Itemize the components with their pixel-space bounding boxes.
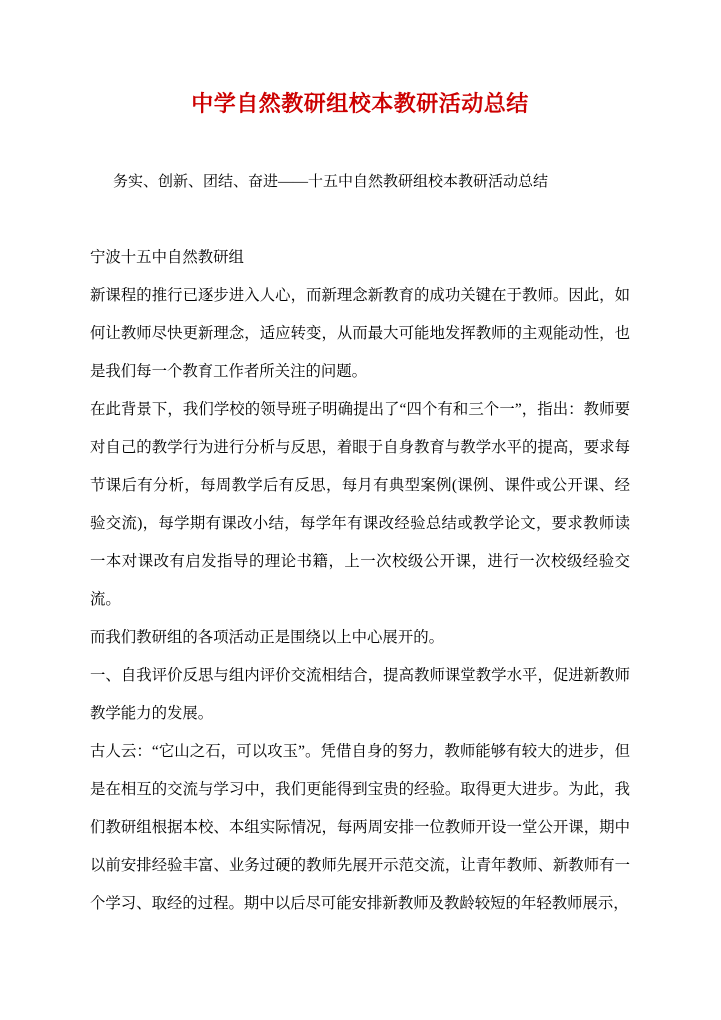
document-title: 中学自然教研组校本教研活动总结 — [90, 88, 630, 120]
document-page: 中学自然教研组校本教研活动总结 务实、创新、团结、奋进——十五中自然教研组校本教… — [0, 0, 721, 1020]
body-paragraph: 古人云：“它山之石，可以攻玉”。凭借自身的努力，教师能够有较大的进步，但是在相互… — [90, 733, 630, 923]
body-paragraph: 新课程的推行已逐步进入人心，而新理念新教育的成功关键在于教师。因此，如何让教师尽… — [90, 277, 630, 391]
document-body: 宁波十五中自然教研组 新课程的推行已逐步进入人心，而新理念新教育的成功关键在于教… — [90, 239, 630, 923]
document-subtitle: 务实、创新、团结、奋进——十五中自然教研组校本教研活动总结 — [90, 172, 630, 192]
body-paragraph: 一、自我评价反思与组内评价交流相结合，提高教师课堂教学水平，促进新教师教学能力的… — [90, 657, 630, 733]
body-paragraph: 在此背景下，我们学校的领导班子明确提出了“四个有和三个一”，指出：教师要对自己的… — [90, 391, 630, 619]
body-paragraph: 宁波十五中自然教研组 — [90, 239, 630, 277]
body-paragraph: 而我们教研组的各项活动正是围绕以上中心展开的。 — [90, 619, 630, 657]
